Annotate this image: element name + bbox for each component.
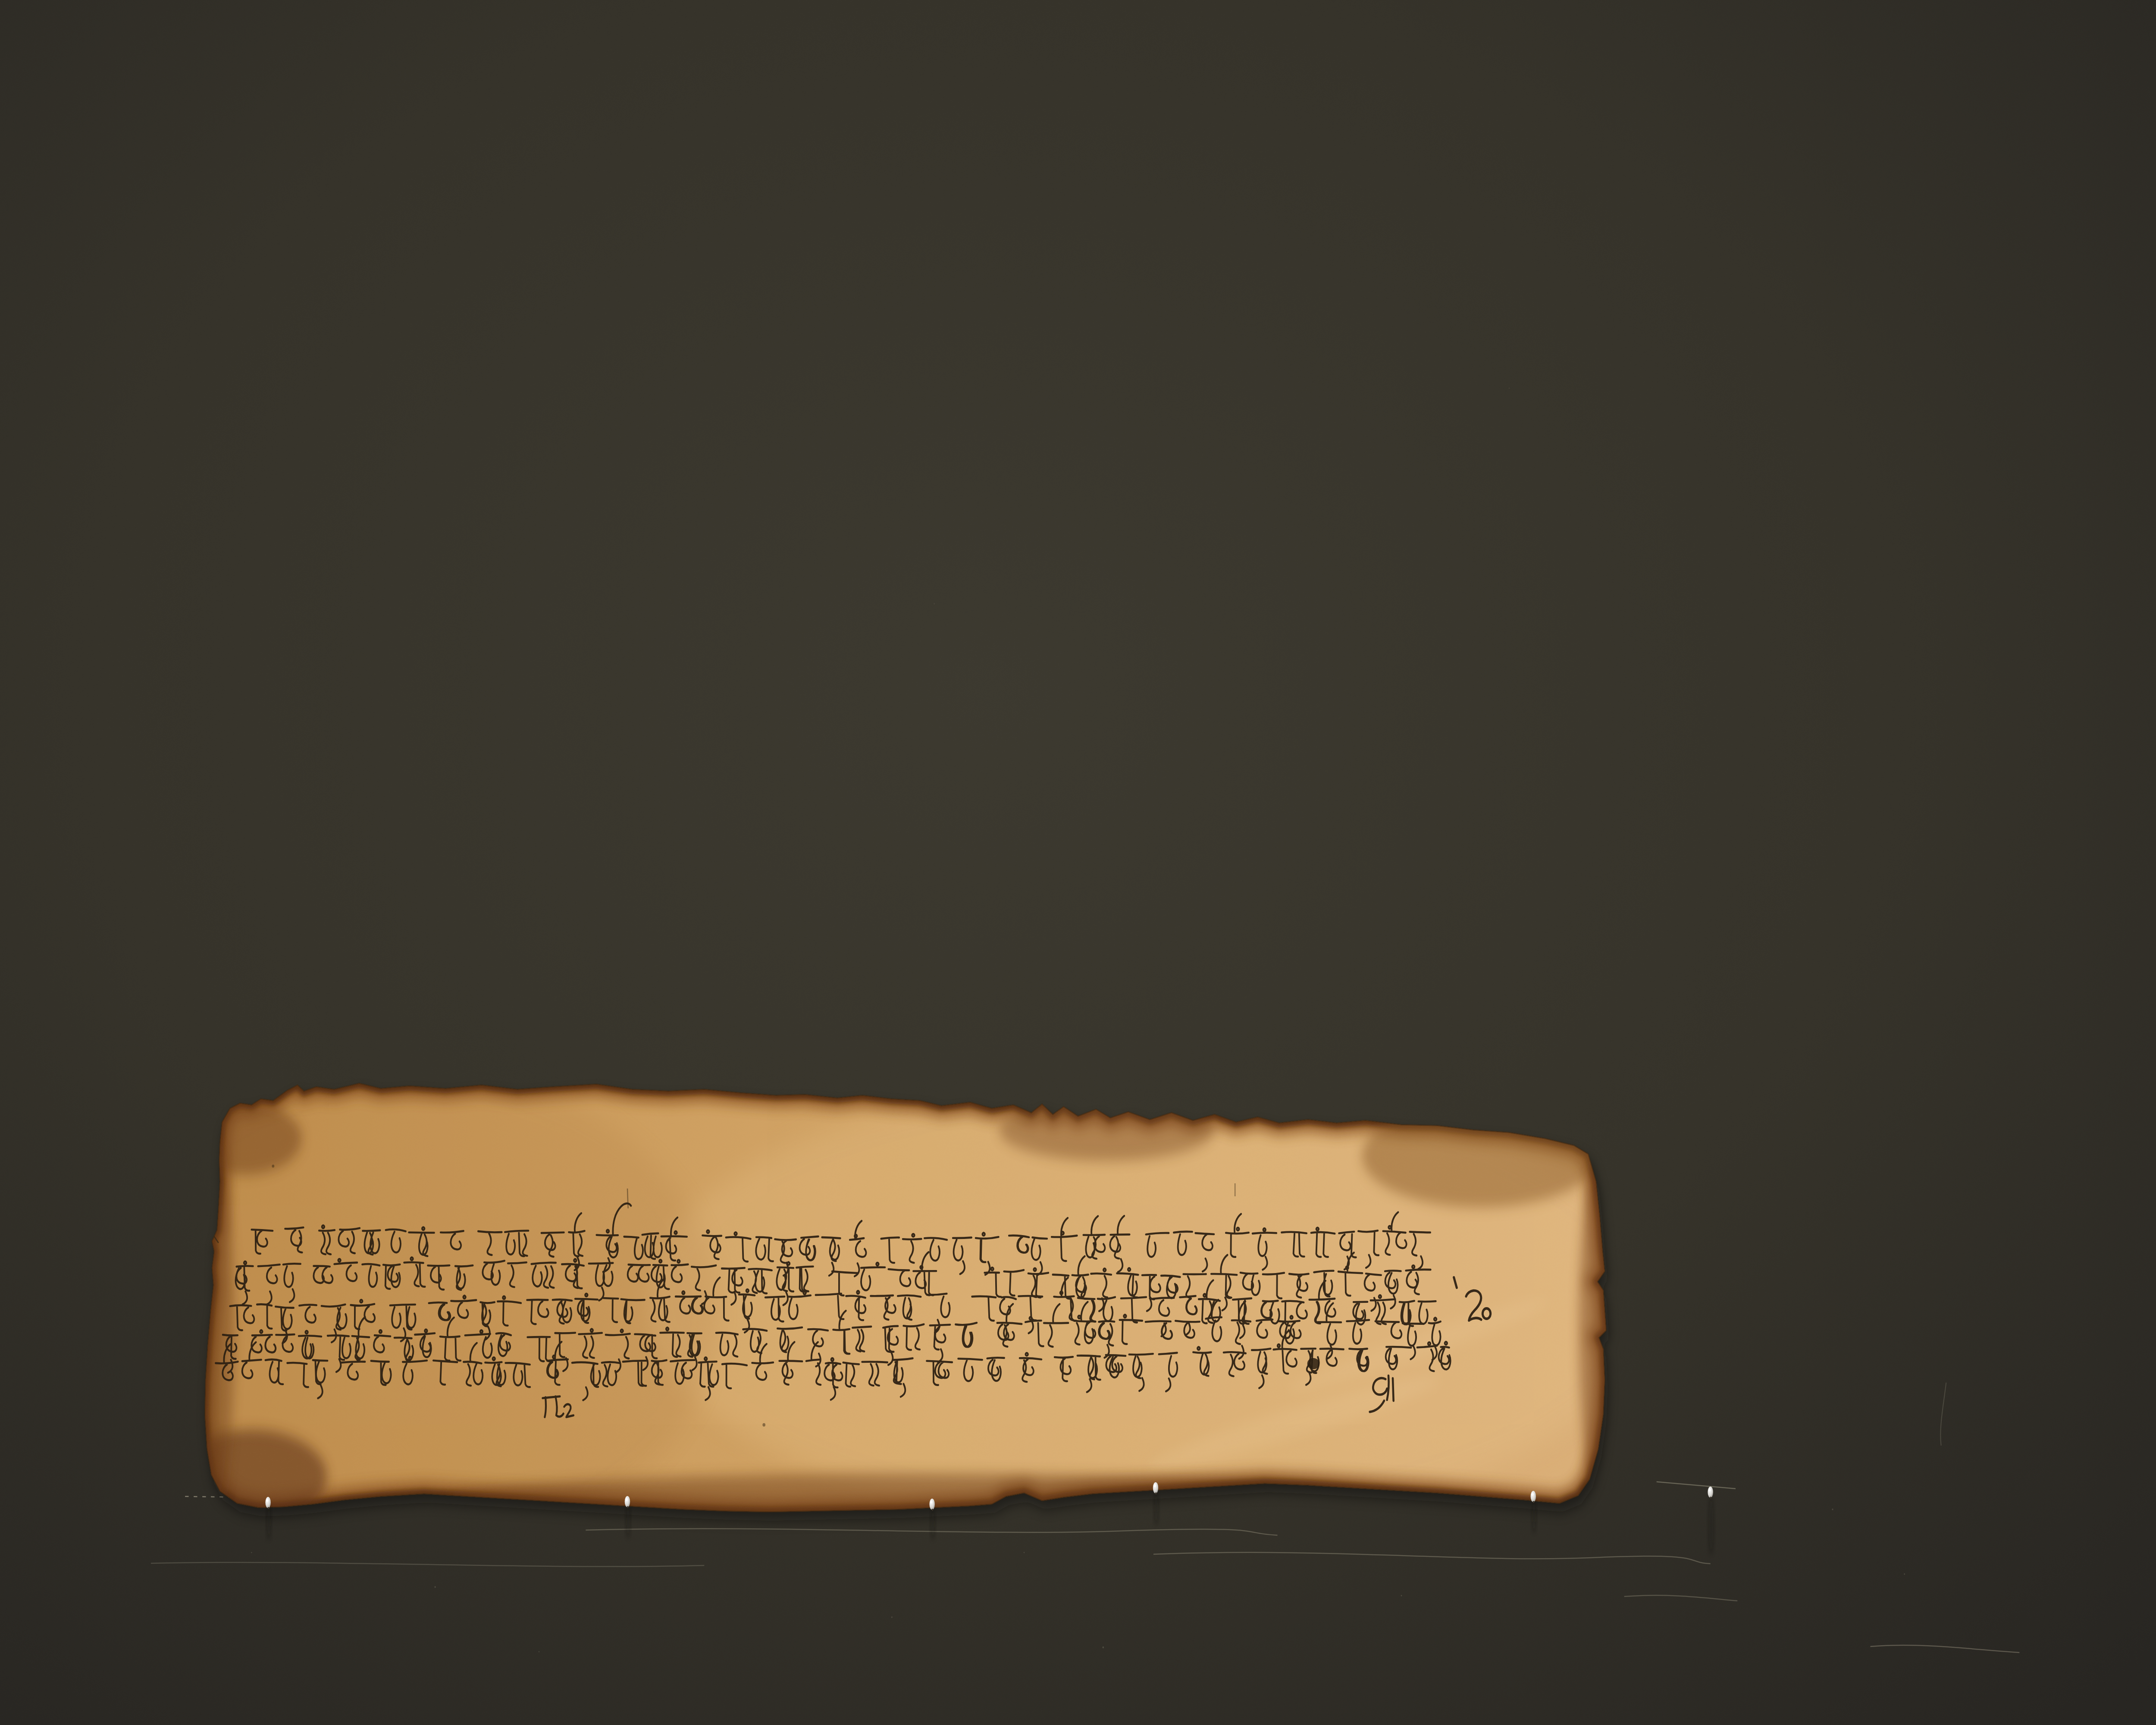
manuscript-photo-svg — [0, 0, 2156, 1725]
photograph: পৃথ্যাদদশূকোরিনেশয়ঃ উক্কাঃ পবগোভোগী জিহ… — [0, 0, 2156, 1725]
